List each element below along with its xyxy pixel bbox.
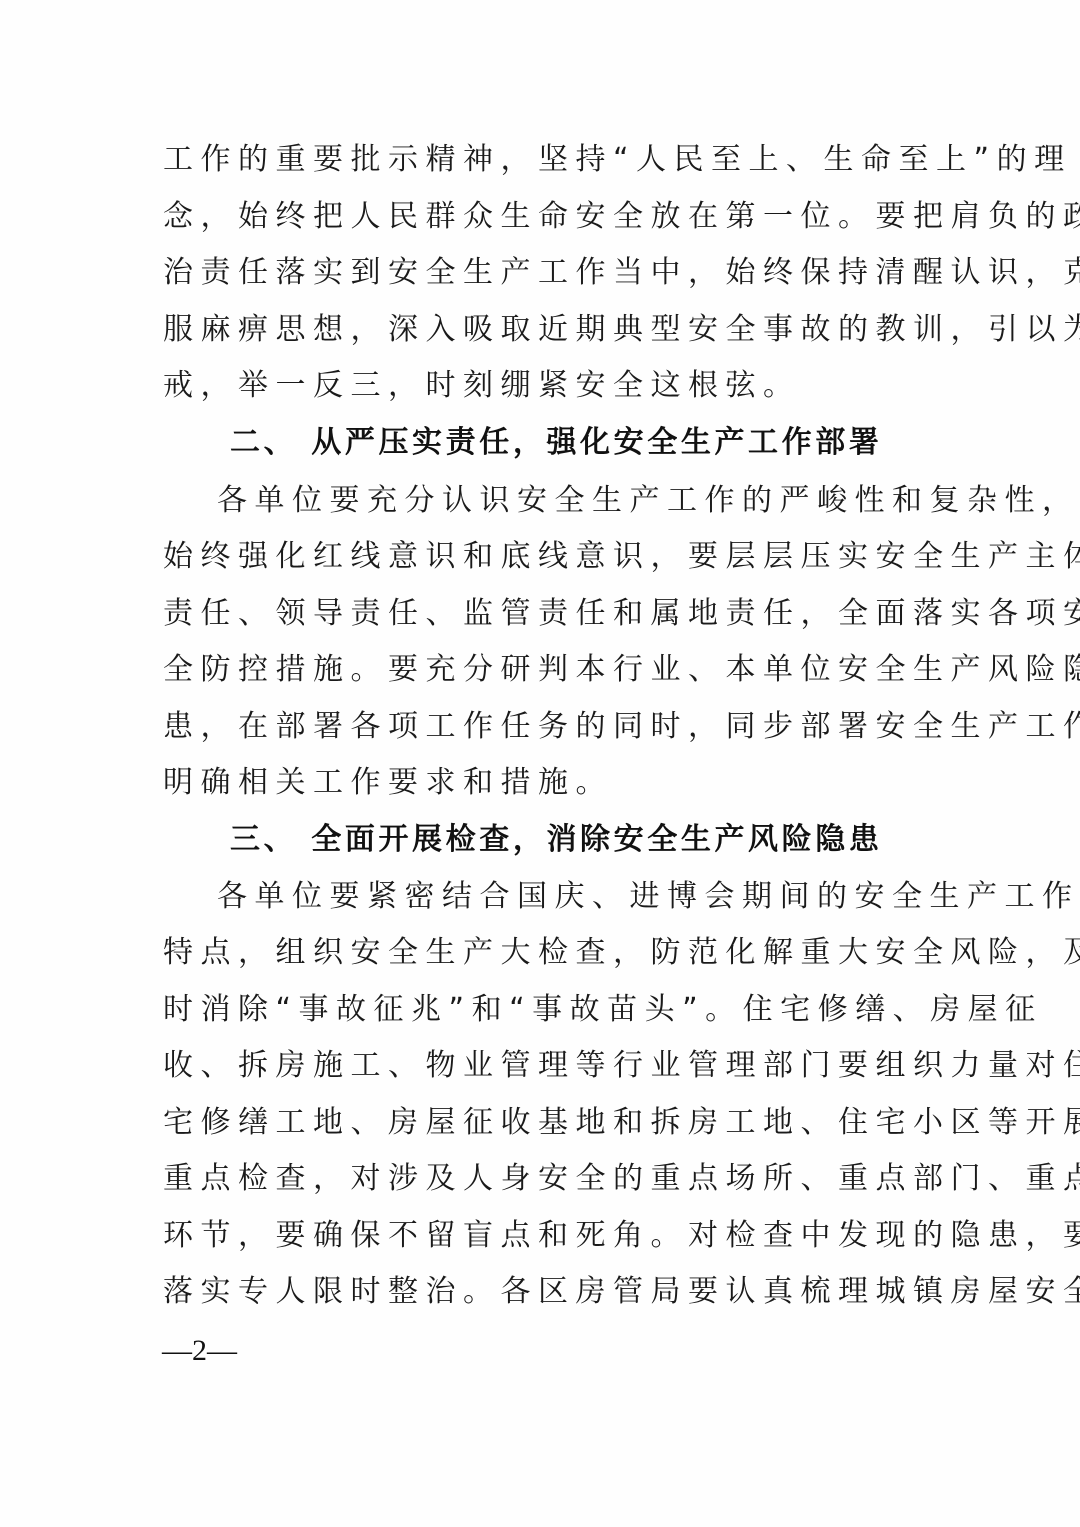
paragraph-line: 收、拆房施工、物业管理等行业管理部门要组织力量对住 — [163, 1046, 918, 1086]
paragraph-line: 念，始终把人民群众生命安全放在第一位。要把肩负的政 — [163, 197, 918, 237]
paragraph-line: 治责任落实到安全生产工作当中，始终保持清醒认识，克 — [163, 253, 918, 293]
paragraph-line: 明确相关工作要求和措施。 — [163, 763, 918, 803]
paragraph-line: 戒，举一反三，时刻绷紧安全这根弦。 — [163, 366, 918, 406]
paragraph-line: 重点检查，对涉及人身安全的重点场所、重点部门、重点 — [163, 1159, 918, 1199]
paragraph-line: 宅修缮工地、房屋征收基地和拆房工地、住宅小区等开展 — [163, 1103, 918, 1143]
paragraph-line: 特点，组织安全生产大检查，防范化解重大安全风险，及 — [163, 933, 918, 973]
paragraph-line: 工作的重要批示精神，坚持“人民至上、生命至上”的理 — [163, 140, 918, 180]
section-heading-2: 二、 从严压实责任，强化安全生产工作部署 — [230, 423, 882, 463]
paragraph-line: 落实专人限时整治。各区房管局要认真梳理城镇房屋安全 — [163, 1272, 918, 1312]
paragraph-line: 全防控措施。要充分研判本行业、本单位安全生产风险隐 — [163, 650, 918, 690]
paragraph-line: 始终强化红线意识和底线意识，要层层压实安全生产主体 — [163, 537, 918, 577]
page-number: —2— — [162, 1333, 237, 1369]
document-page: 工作的重要批示精神，坚持“人民至上、生命至上”的理 念，始终把人民群众生命安全放… — [0, 0, 1080, 1527]
paragraph-line: 各单位要紧密结合国庆、进博会期间的安全生产工作 — [217, 877, 917, 917]
paragraph-line: 患，在部署各项工作任务的同时，同步部署安全生产工作， — [163, 707, 918, 747]
section-heading-3: 三、 全面开展检查，消除安全生产风险隐患 — [230, 820, 882, 860]
paragraph-line: 时消除“事故征兆”和“事故苗头”。住宅修缮、房屋征 — [163, 990, 918, 1030]
paragraph-line: 各单位要充分认识安全生产工作的严峻性和复杂性， — [217, 481, 917, 521]
paragraph-line: 服麻痹思想，深入吸取近期典型安全事故的教训，引以为 — [163, 310, 918, 350]
paragraph-line: 责任、领导责任、监管责任和属地责任，全面落实各项安 — [163, 594, 918, 634]
paragraph-line: 环节，要确保不留盲点和死角。对检查中发现的隐患，要 — [163, 1216, 918, 1256]
